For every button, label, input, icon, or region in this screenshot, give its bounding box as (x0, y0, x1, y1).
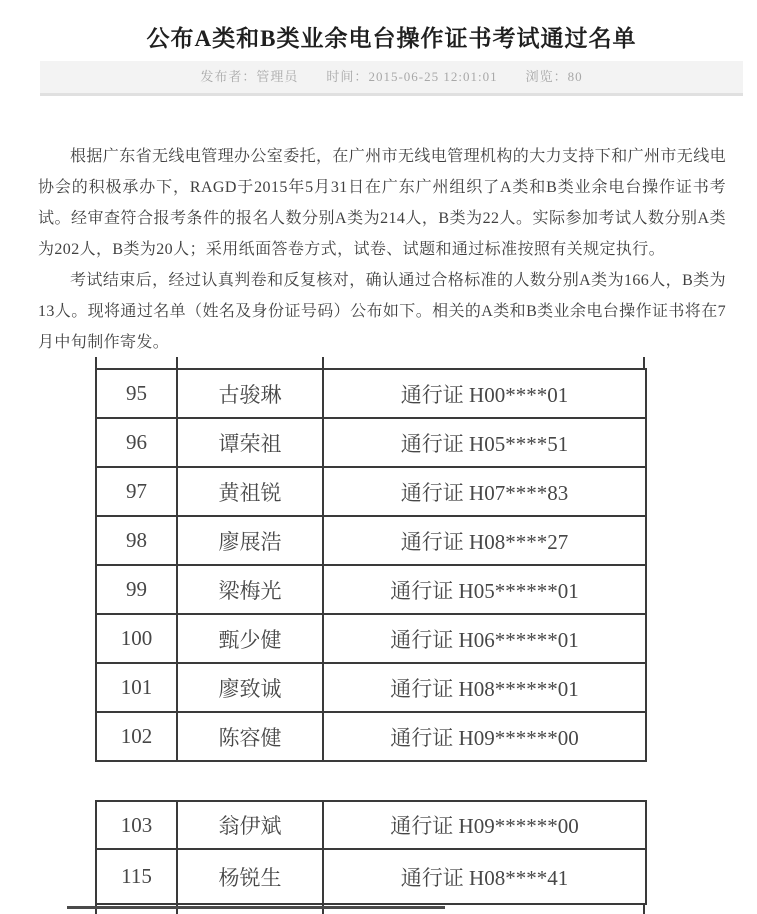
certificate-cell: 通行证 H08****27 (323, 516, 646, 565)
certificate-cell: 通行证 H09******00 (323, 712, 646, 761)
certificate-cell: 通行证 H00****01 (323, 369, 646, 418)
name-cell: 甄少健 (177, 614, 323, 663)
cropped-next-row-line (67, 906, 445, 909)
time-meta: 时间：2015-06-25 12:01:01 (326, 69, 497, 84)
name-cell: 陈容健 (177, 712, 323, 761)
row-number-cell: 100 (96, 614, 177, 663)
table-row: 99梁梅光通行证 H05******01 (96, 565, 646, 614)
table-row: 101廖致诚通行证 H08******01 (96, 663, 646, 712)
certificate-cell: 通行证 H08****41 (323, 849, 646, 904)
name-cell: 杨锐生 (177, 849, 323, 904)
views-label: 浏览： (526, 69, 568, 84)
row-number-cell: 95 (96, 369, 177, 418)
row-number-cell: 98 (96, 516, 177, 565)
certificate-cell: 通行证 H07****83 (323, 467, 646, 516)
table-row: 115杨锐生通行证 H08****41 (96, 849, 646, 904)
table-row: 97黄祖锐通行证 H07****83 (96, 467, 646, 516)
name-cell: 廖展浩 (177, 516, 323, 565)
pass-list-table: 95古骏琳通行证 H00****0196谭荣祖通行证 H05****5197黄祖… (95, 368, 647, 762)
table-border-stub (643, 357, 645, 368)
paragraph: 根据广东省无线电管理办公室委托，在广州市无线电管理机构的大力支持下和广州市无线电… (38, 141, 726, 265)
table-row: 100甄少健通行证 H06******01 (96, 614, 646, 663)
publisher-value: 管理员 (256, 69, 298, 84)
views-value: 80 (568, 69, 583, 84)
table-border-stub (176, 357, 178, 368)
pass-list-table: 103翁伊斌通行证 H09******00115杨锐生通行证 H08****41 (95, 800, 647, 905)
table-row: 103翁伊斌通行证 H09******00 (96, 801, 646, 849)
views-meta: 浏览：80 (526, 69, 583, 84)
name-cell: 翁伊斌 (177, 801, 323, 849)
time-value: 2015-06-25 12:01:01 (368, 69, 497, 84)
name-cell: 黄祖锐 (177, 467, 323, 516)
name-cell: 梁梅光 (177, 565, 323, 614)
publisher-meta: 发布者：管理员 (200, 69, 298, 84)
certificate-cell: 通行证 H05******01 (323, 565, 646, 614)
article-page: 公布A类和B类业余电台操作证书考试通过名单 发布者：管理员时间：2015-06-… (0, 0, 757, 914)
row-number-cell: 101 (96, 663, 177, 712)
name-cell: 廖致诚 (177, 663, 323, 712)
name-cell: 谭荣祖 (177, 418, 323, 467)
row-number-cell: 102 (96, 712, 177, 761)
row-number-cell: 99 (96, 565, 177, 614)
certificate-cell: 通行证 H05****51 (323, 418, 646, 467)
row-number-cell: 103 (96, 801, 177, 849)
table-row: 98廖展浩通行证 H08****27 (96, 516, 646, 565)
row-number-cell: 115 (96, 849, 177, 904)
table-border-stub (95, 357, 97, 368)
paragraph: 考试结束后，经过认真判卷和反复核对，确认通过合格标准的人数分别A类为166人，B… (38, 265, 726, 358)
table-row: 102陈容健通行证 H09******00 (96, 712, 646, 761)
table-border-stub (643, 903, 645, 914)
meta-bar: 发布者：管理员时间：2015-06-25 12:01:01浏览：80 (40, 61, 743, 96)
certificate-cell: 通行证 H06******01 (323, 614, 646, 663)
time-label: 时间： (326, 69, 368, 84)
page-title: 公布A类和B类业余电台操作证书考试通过名单 (40, 20, 743, 53)
table-row: 96谭荣祖通行证 H05****51 (96, 418, 646, 467)
table-border-stub (322, 357, 324, 368)
row-number-cell: 97 (96, 467, 177, 516)
certificate-cell: 通行证 H09******00 (323, 801, 646, 849)
publisher-label: 发布者： (200, 69, 256, 84)
article-body: 根据广东省无线电管理办公室委托，在广州市无线电管理机构的大力支持下和广州市无线电… (38, 141, 726, 358)
row-number-cell: 96 (96, 418, 177, 467)
table-row: 95古骏琳通行证 H00****01 (96, 369, 646, 418)
name-cell: 古骏琳 (177, 369, 323, 418)
certificate-cell: 通行证 H08******01 (323, 663, 646, 712)
